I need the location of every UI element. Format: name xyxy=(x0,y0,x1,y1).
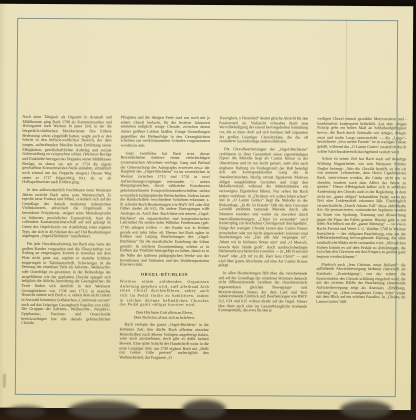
verse-line: Dem Nechsten, draus sich zu belehren. xyxy=(120,315,209,320)
photo-backdrop: Nach einer Tätigkeit als Organist in Arn… xyxy=(0,0,416,420)
column-heading: ORGEL-BÜCHLEIN xyxy=(120,272,209,277)
paragraph: Nach einer Tätigkeit als Organist in Arn… xyxy=(22,115,112,185)
text-column: Nach einer Tätigkeit als Organist in Arn… xyxy=(21,115,112,394)
paragraph: In den außerordentlich fruchtbaren neun … xyxy=(22,188,112,240)
liner-notes: Nach einer Tätigkeit als Organist in Arn… xyxy=(21,115,407,395)
text-column: Traurigkeit, o Herzeleid“ deutet gleiche… xyxy=(217,116,308,395)
shadow-blob xyxy=(6,406,46,418)
paragraph: In allen Bearbeitungen fällt über die ve… xyxy=(218,271,308,313)
paragraph: Plastisch auch „Jesu Christus, unser Hei… xyxy=(316,262,406,304)
text-column: weiligen Choral einmal gewählte Motivstr… xyxy=(316,117,407,396)
paragraph: Für jede Choralbearbeitung hat Bach eine… xyxy=(21,242,111,326)
text-column: Pfingsten und die übrigen Feste sind nur… xyxy=(119,115,210,394)
paragraph: weiligen Choral einmal gewählte Motivstr… xyxy=(317,117,406,155)
paragraph: Ganz zweifellos hat Bach trotz dieser Be… xyxy=(120,151,210,268)
spine-print-mark xyxy=(3,374,6,388)
paragraph: Traurigkeit, o Herzeleid“ deutet gleiche… xyxy=(219,116,308,144)
paragraph: Die Choralbearbeitungen des „Orgel-Büchl… xyxy=(218,147,308,269)
shadow-blob xyxy=(68,401,140,419)
album-back-cover: Nach einer Tätigkeit als Organist in Arn… xyxy=(0,4,413,411)
paragraph: Pfingsten und die übrigen Feste sind nur… xyxy=(121,115,210,148)
paragraph: Schon zu seiner Zeit hat Bach stark auf … xyxy=(316,157,406,260)
shadow-blob xyxy=(182,400,226,419)
shadow-blob xyxy=(340,401,392,418)
paragraph: Bach verlegte das ganze „Orgel-Büchlein“… xyxy=(119,323,208,361)
paragraph: Dem Höchsten Gott allein zu Ehren,Dem Ne… xyxy=(120,311,209,321)
paragraph: Worinne einem anfahenden Organisten Anle… xyxy=(120,280,209,308)
cover-left-shade xyxy=(0,4,6,408)
